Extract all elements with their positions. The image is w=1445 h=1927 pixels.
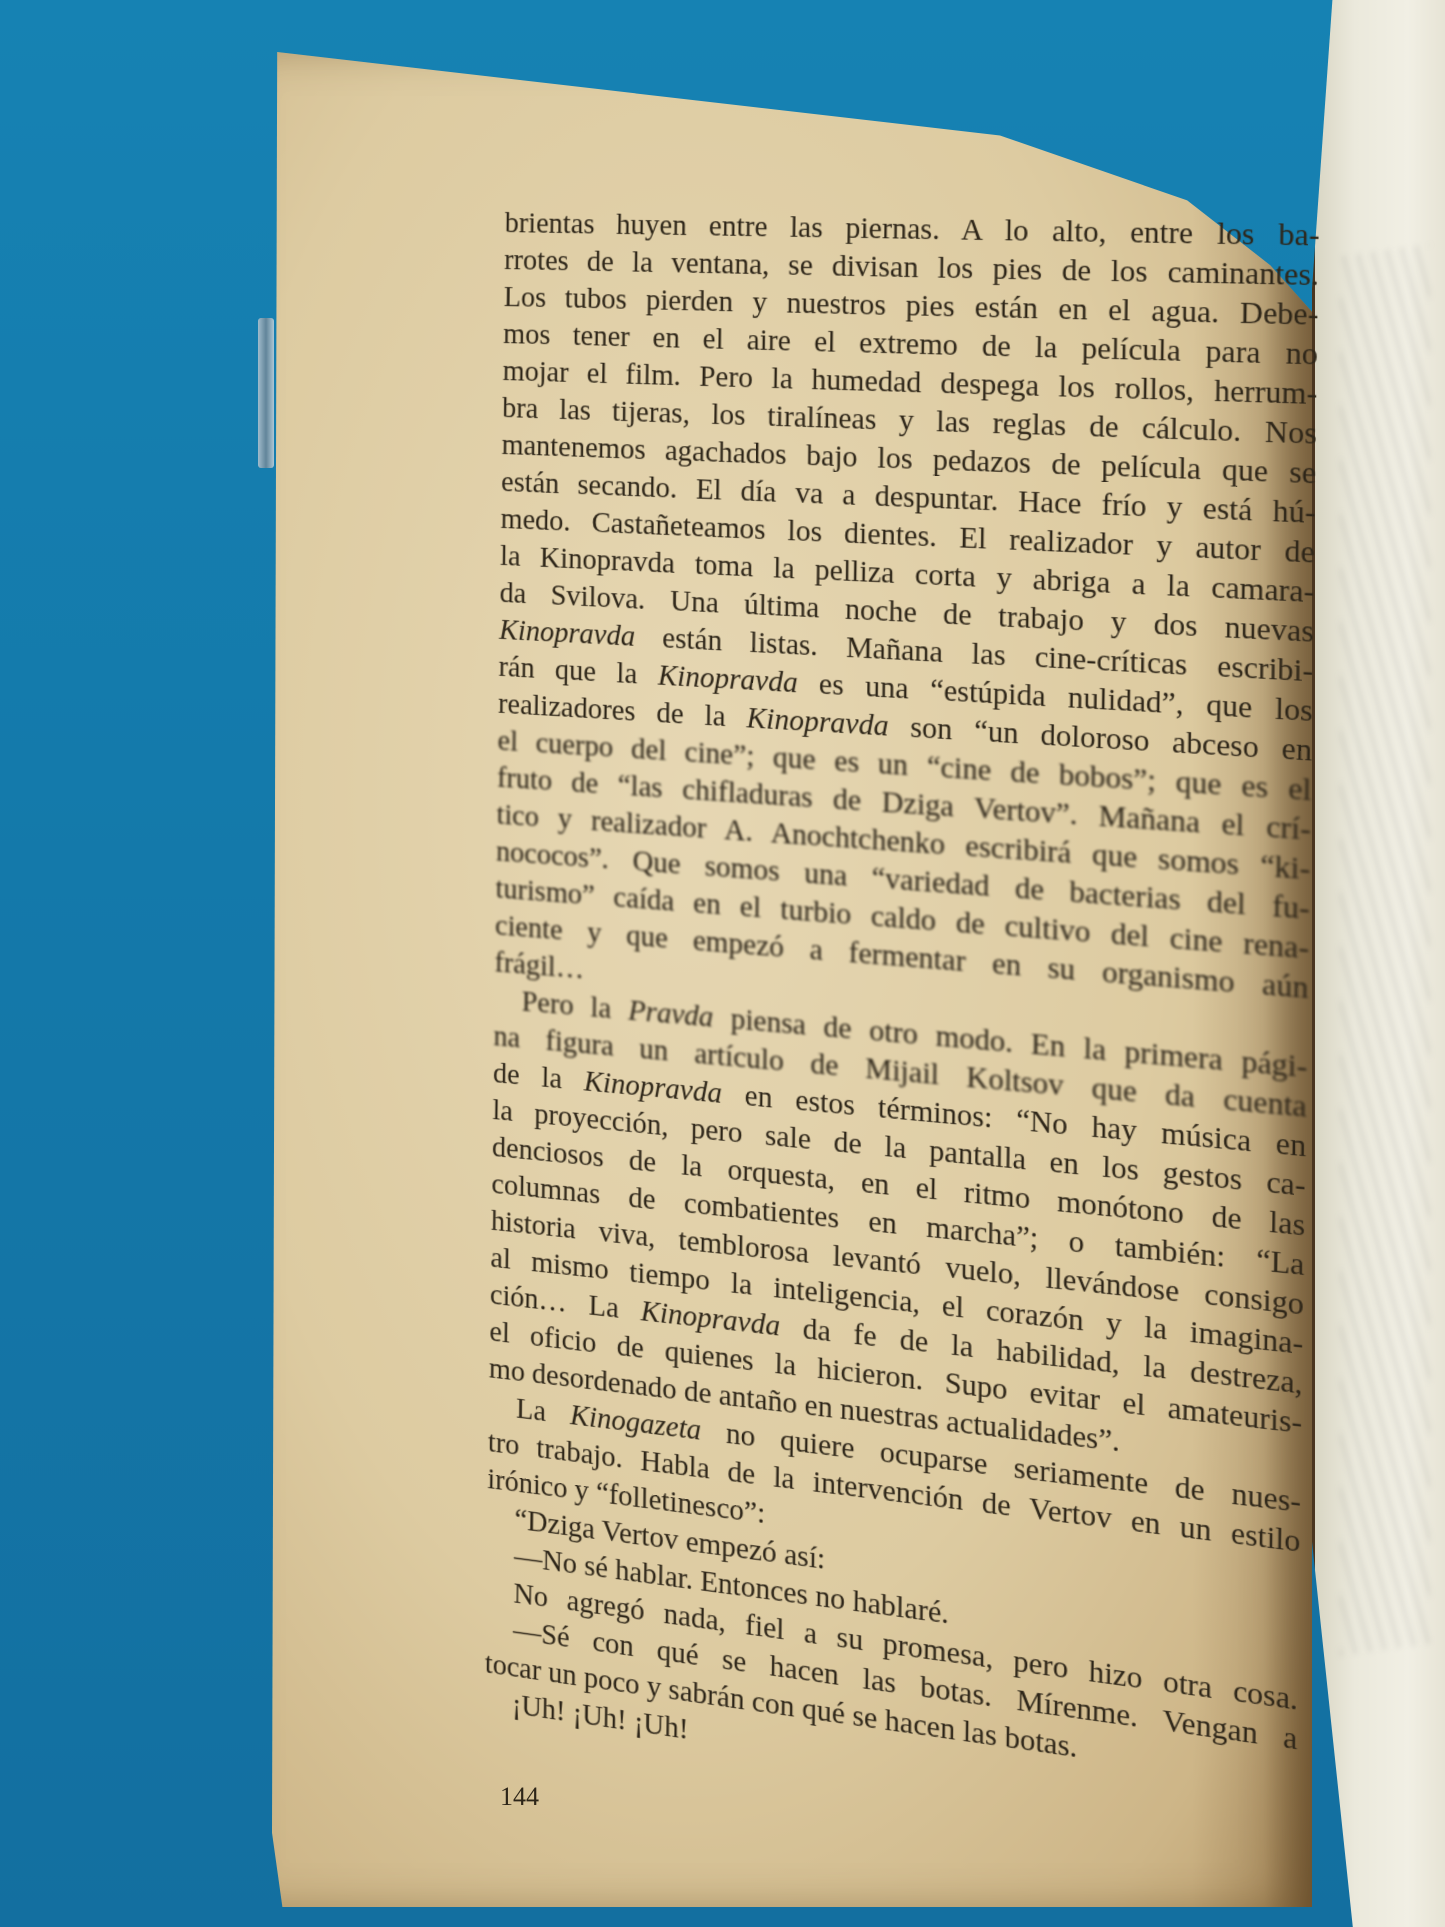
page-number: 144: [500, 1782, 539, 1812]
page-text: brientas huyen entre las piernas. A lo a…: [484, 205, 1320, 1839]
book-clip: [258, 318, 274, 468]
facing-page-blurred-text: [1340, 244, 1430, 1657]
